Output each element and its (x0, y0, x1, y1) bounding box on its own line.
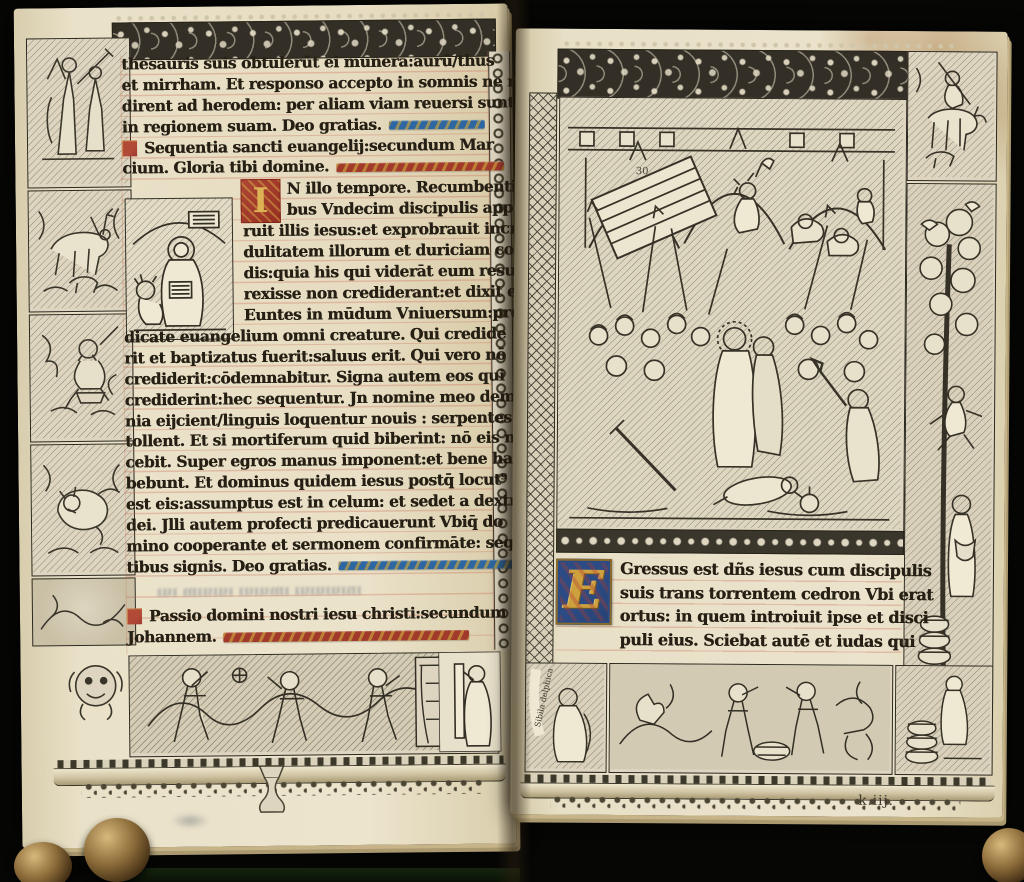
showthrough-text: ınıuıuıuı ımuıuı ıuıuım ıuı (157, 580, 362, 603)
text-line: Gressus est dñs iesus cum discipulis (620, 557, 931, 583)
delphic-sibyl-woodcut: Sibila delphica (526, 663, 605, 769)
main-woodcut-frame: 30 (556, 97, 907, 533)
text-line: suis trans torrentem cedron Vbi erat (620, 581, 934, 607)
signature-mark: k.iij. (858, 793, 894, 809)
text-line: in regionem suam. Deo gratias. (122, 114, 382, 136)
border-panel-wildman (29, 313, 134, 442)
pendant-finial-ornament (250, 764, 295, 814)
rubric-line: cium. Gloria tibi domine. (122, 155, 488, 180)
martyrdom-scene-woodcut (27, 38, 129, 184)
border-panel-foliage (32, 577, 137, 646)
text-line: N illo tempore. Recumbenti (286, 176, 516, 199)
illuminated-initial-I: I (240, 179, 280, 223)
blue-gold-line-filler (338, 560, 520, 571)
red-paraph-mark (127, 608, 142, 624)
rubric-line: Johannem. (127, 627, 216, 647)
gospel-mark-block: I N illo tempore. Recumbenti bus Vndecim… (122, 177, 492, 581)
rubric-line: Sequentia sancti euangelij:secundum Mar (144, 134, 493, 157)
text-line: rexisse non crediderant:et dixit eis. (244, 281, 536, 305)
right-page: 30 (510, 28, 1007, 817)
gutter-shadow (497, 0, 531, 882)
lion-beast-woodcut (31, 444, 132, 572)
border-panel-tree (903, 183, 997, 714)
foliage-scroll-woodcut (33, 578, 134, 642)
bottom-fringe-ornament (550, 797, 960, 812)
st-mark-evangelist-woodcut (125, 197, 234, 340)
text-line: puli eius. Sciebat autē et iudas qui (619, 628, 915, 654)
text-line: bus Vndecim discipulis appa (287, 197, 523, 220)
border-panel-sibyl: Sibila delphica (525, 662, 608, 773)
grotesques-and-wildfolk-woodcut (610, 664, 891, 771)
bottom-border-grotesques (609, 663, 894, 775)
border-panel-hunter (907, 51, 998, 182)
brass-knob-left (84, 818, 150, 882)
rubric-line: Passio domini nostri iesu christi:secund… (149, 602, 506, 625)
grotesque-mask-icon (60, 657, 131, 722)
gospel-wide-lines: dicate euangelium omni creature. Qui cre… (124, 324, 493, 579)
leaf-frieze-strip (556, 529, 904, 555)
border-panel-martyrdom (26, 37, 132, 188)
border-panel-beast (30, 443, 135, 576)
betrayal-and-arrest-of-christ-woodcut: 30 (557, 98, 903, 529)
illuminated-initial-E: E (556, 559, 612, 625)
brass-knob-right (982, 828, 1024, 882)
red-gold-line-filler (336, 161, 504, 172)
text-line: ortus: in quem introiuit ipse et disci (620, 604, 929, 630)
showthrough-smudge (170, 813, 210, 829)
grotesque-wildman-woodcut (30, 314, 131, 438)
text-line: dis:quia his qui viderāt eum resur (243, 260, 523, 284)
brass-knob-left-small (14, 842, 72, 882)
woodcut-number: 30 (636, 166, 649, 177)
top-foliate-frieze (557, 49, 961, 102)
photograph-of-open-book-of-hours: thesauris suis obtulerūt ei munera:aurū/… (0, 0, 1024, 882)
right-text-block: E Gressus est dñs iesus cum discipulis s… (555, 557, 902, 659)
red-paraph-mark (122, 140, 137, 156)
text-line: tibus signis. Deo gratias. (126, 555, 331, 576)
hunter-on-horseback-woodcut (908, 52, 995, 178)
text-line: dulitatem illorum et duriciam cor (243, 239, 521, 263)
table-surface (120, 868, 520, 882)
blue-gold-line-filler (388, 120, 484, 130)
stag-and-hound-woodcut (29, 190, 130, 308)
border-panel-baskets (895, 665, 994, 776)
left-page: thesauris suis obtulerūt ei munera:aurū/… (14, 3, 517, 848)
fruit-pickers-at-tree-woodcut (904, 184, 994, 710)
text-line: Euntes in mūdum Vniuersum:pre (244, 302, 520, 326)
text-line: ruit illis iesus:et exprobrauit incre (243, 218, 527, 242)
rubric-line: Johannem. (127, 624, 469, 648)
left-text-block: thesauris suis obtulerūt ei munera:aurū/… (120, 51, 494, 655)
red-gold-line-filler (223, 630, 469, 643)
text-line: tibus signis. Deo gratias. (126, 553, 492, 578)
monk-over-baskets-woodcut (896, 666, 991, 772)
sibyl-with-plank-woodcut (438, 652, 501, 753)
rubric-line: cium. Gloria tibi domine. (122, 157, 329, 178)
border-panel-stag (28, 189, 133, 312)
